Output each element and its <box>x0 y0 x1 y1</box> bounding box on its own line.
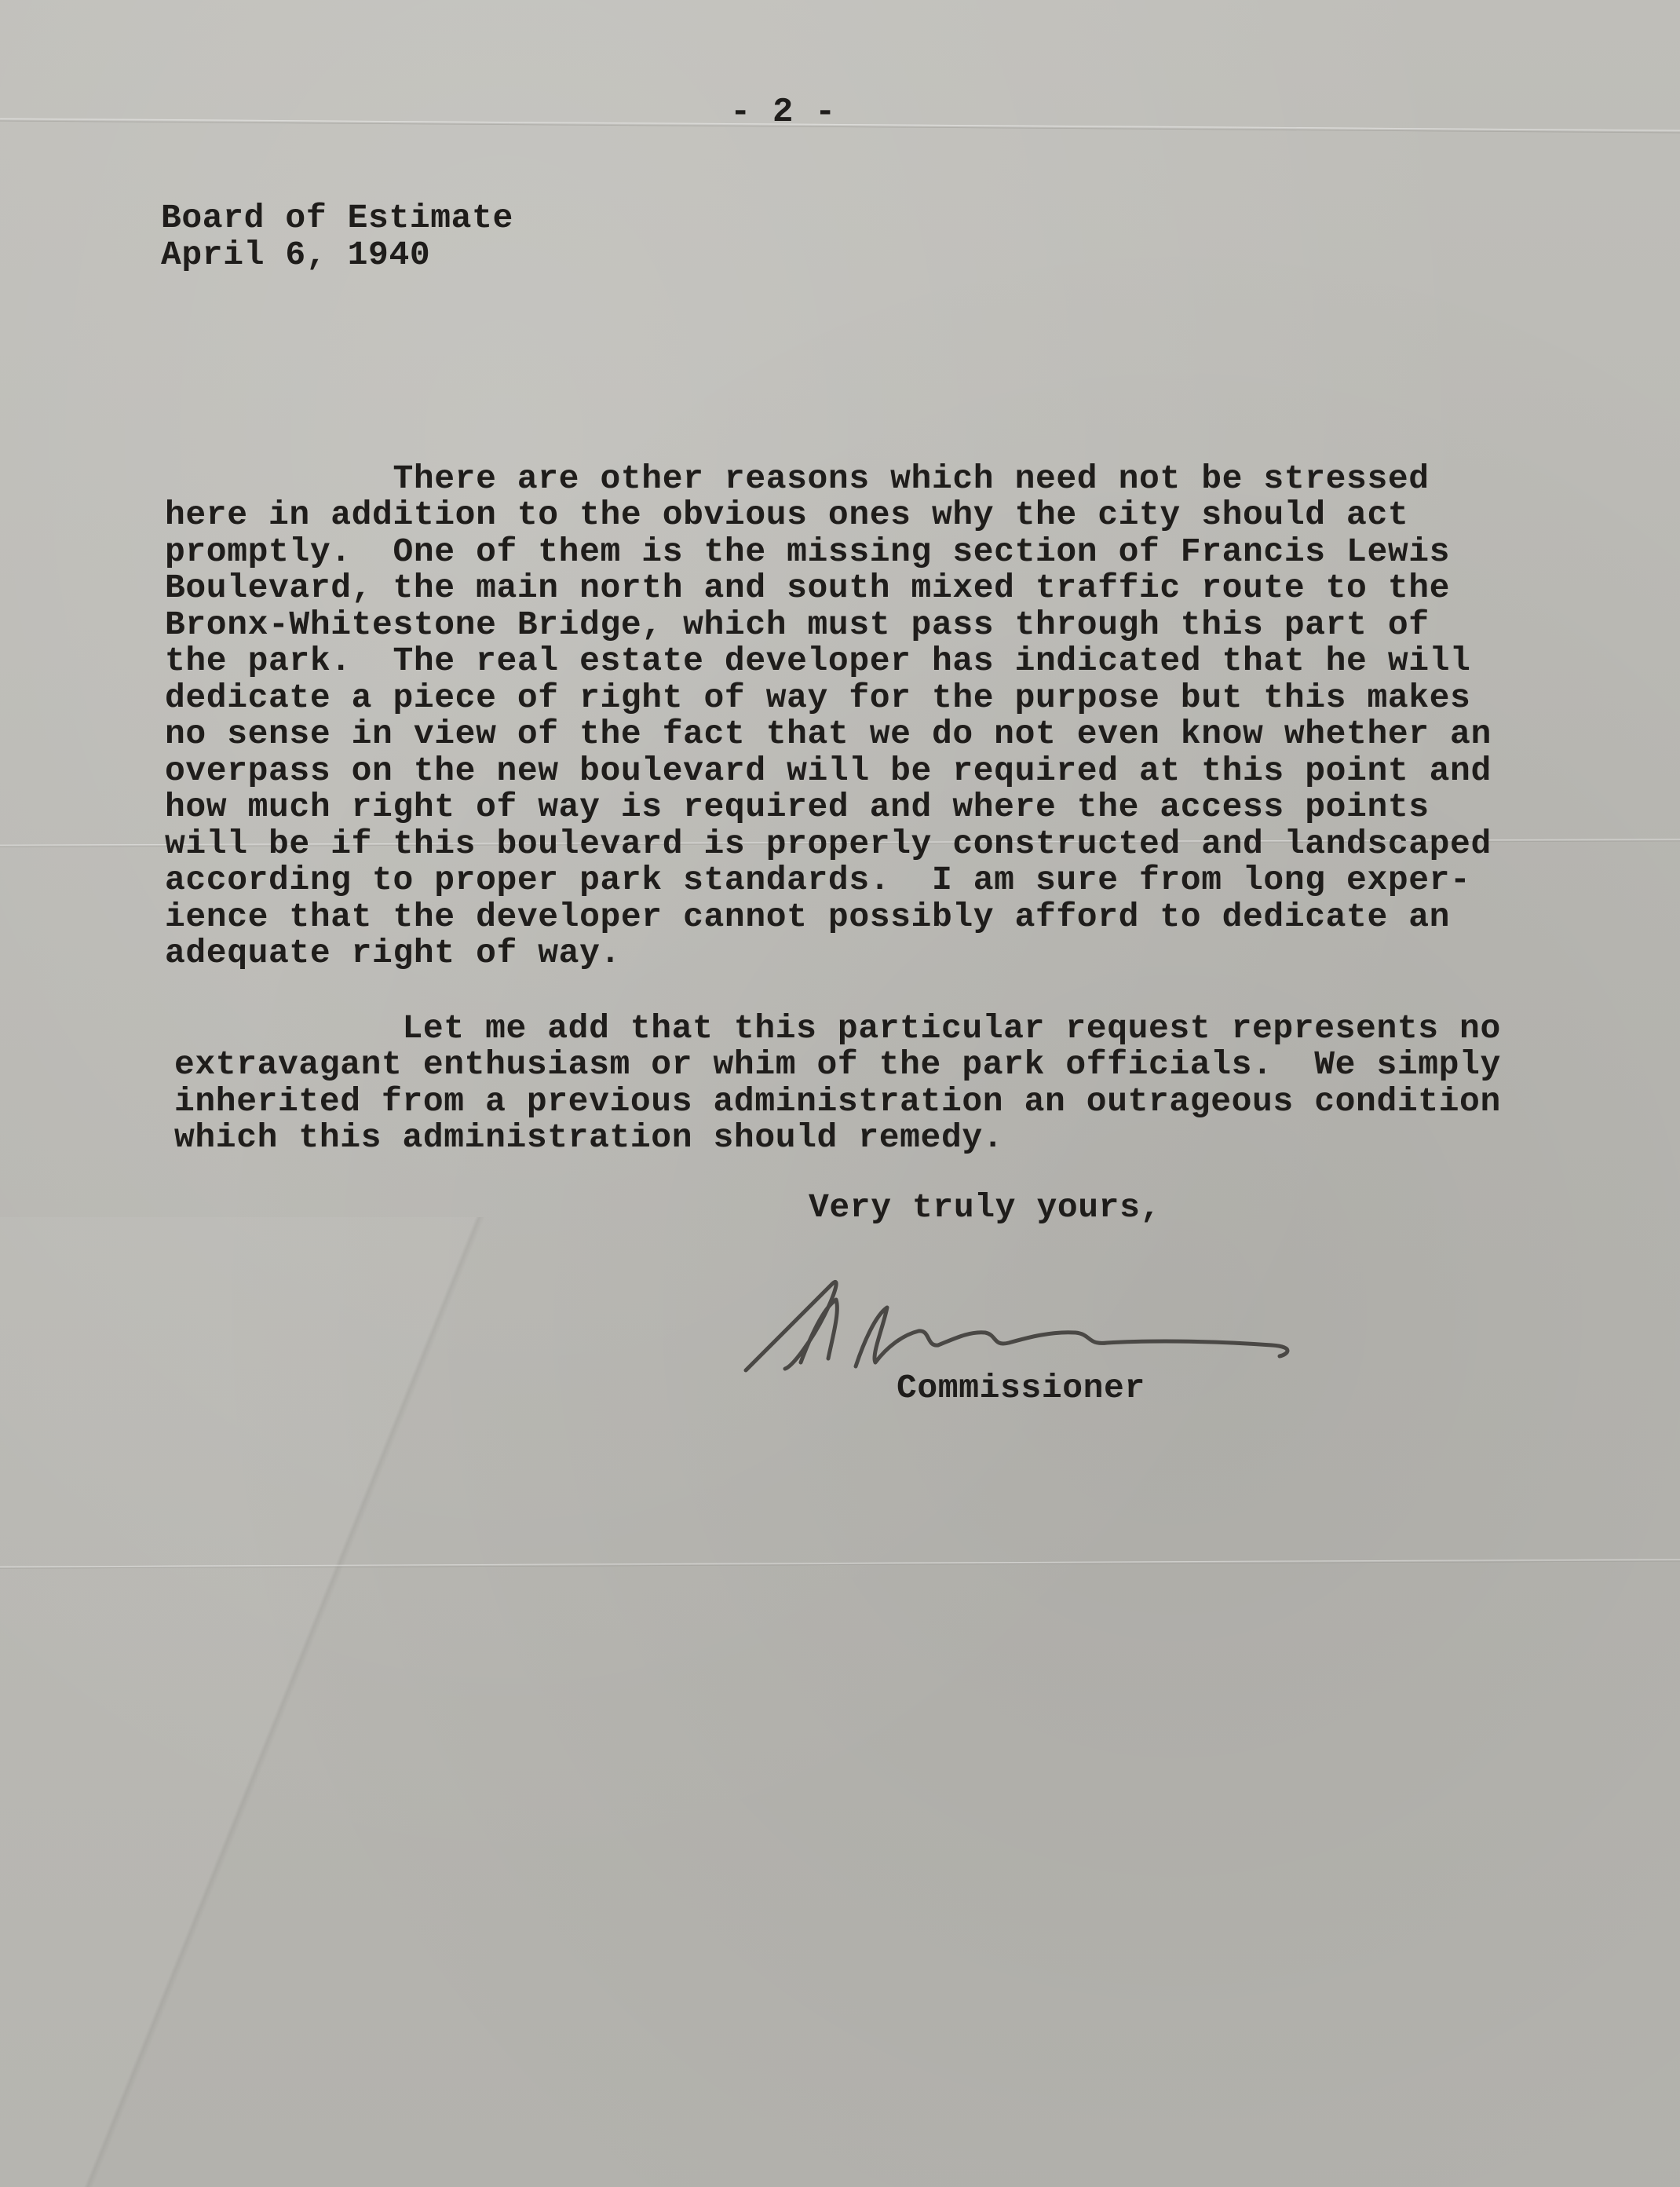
text-line: dedicate a piece of right of way for the… <box>165 680 1492 717</box>
text-line: no sense in view of the fact that we do … <box>165 716 1492 753</box>
text-line: extravagant enthusiasm or whim of the pa… <box>174 1047 1501 1084</box>
signer-title: Commissioner <box>897 1370 1145 1407</box>
text-line: how much right of way is required and wh… <box>165 789 1492 826</box>
addressee-name: Board of Estimate <box>161 200 513 237</box>
text-line: which this administration should remedy. <box>174 1120 1501 1157</box>
text-line: according to proper park standards. I am… <box>165 862 1492 899</box>
text-line: here in addition to the obvious ones why… <box>165 497 1492 534</box>
text-line: the park. The real estate developer has … <box>165 643 1492 680</box>
letter-date: April 6, 1940 <box>161 237 513 274</box>
text-line: There are other reasons which need not b… <box>165 461 1492 498</box>
text-line: Boulevard, the main north and south mixe… <box>165 570 1492 607</box>
page-number: - 2 - <box>730 94 836 131</box>
paragraph-2: Let me add that this particular request … <box>174 974 1501 1193</box>
text-line: promptly. One of them is the missing sec… <box>165 534 1492 571</box>
text-line: inherited from a previous administration… <box>174 1084 1501 1121</box>
paper-fold-shadow <box>0 1217 565 2187</box>
text-line: overpass on the new boulevard will be re… <box>165 753 1492 790</box>
text-line: will be if this boulevard is properly co… <box>165 826 1492 863</box>
text-line: Bronx-Whitestone Bridge, which must pass… <box>165 607 1492 644</box>
closing-salutation: Very truly yours, <box>809 1190 1161 1227</box>
text-line: Let me add that this particular request … <box>174 1011 1501 1048</box>
text-line: ience that the developer cannot possibly… <box>165 899 1492 936</box>
text-line: adequate right of way. <box>165 935 1492 972</box>
signature-icon <box>738 1268 1397 1378</box>
addressee-block: Board of EstimateApril 6, 1940 <box>161 200 513 273</box>
paragraph-1: There are other reasons which need not b… <box>165 424 1492 1008</box>
